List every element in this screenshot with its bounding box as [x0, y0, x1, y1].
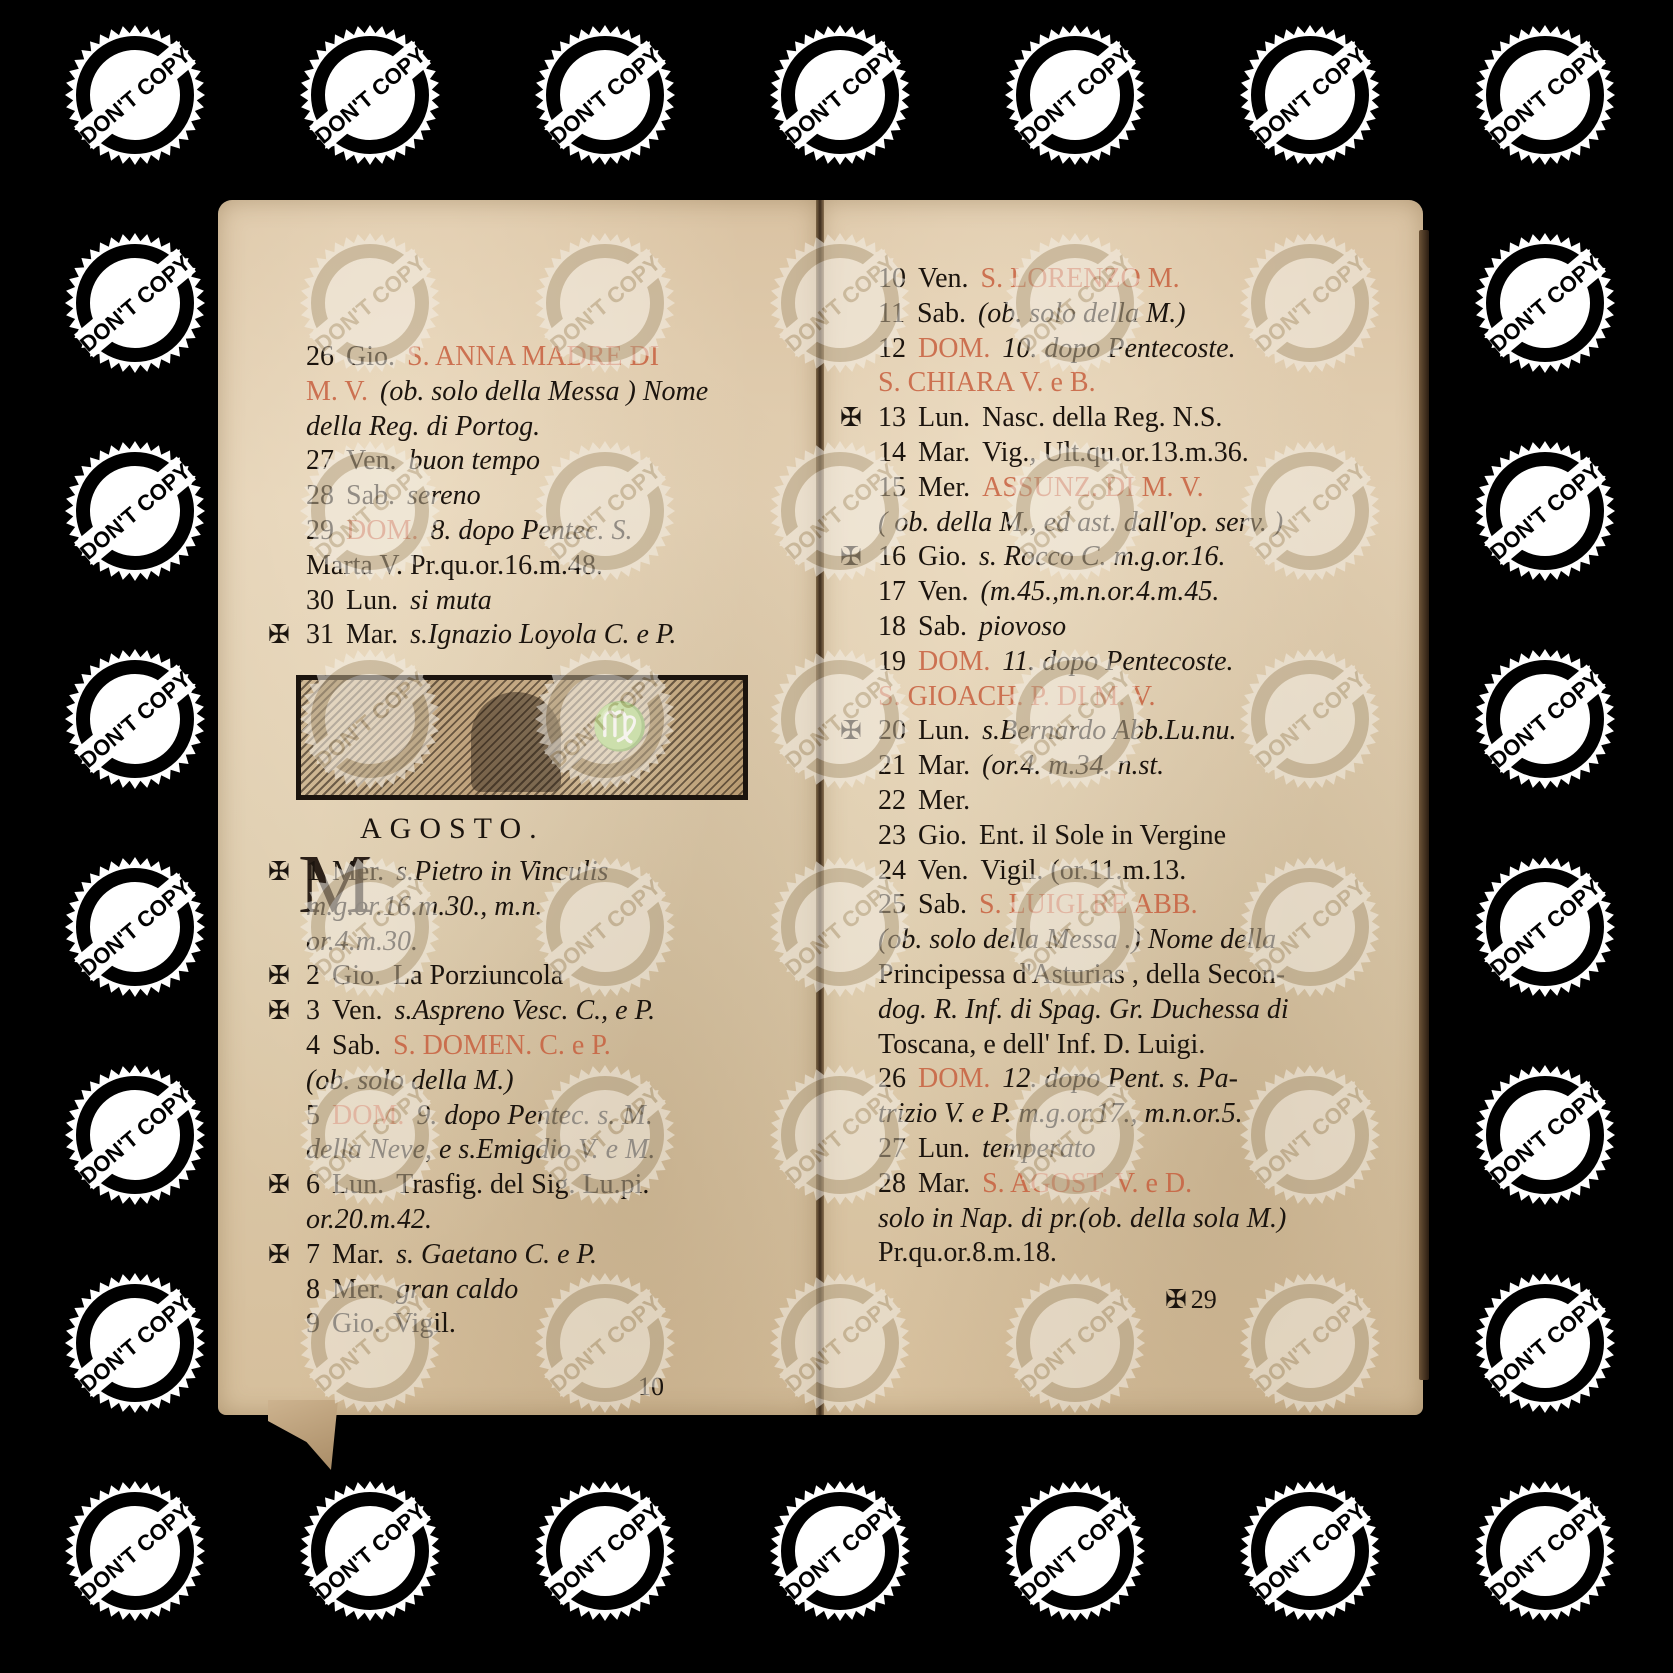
calendar-line: 5DOM.9. dopo Pentec. s. M.	[268, 1099, 667, 1134]
entry-text: Marta V. Pr.qu.or.16.m.48.	[306, 550, 603, 581]
entry-text: Vig., Ult.qu.or.13.m.36.	[982, 437, 1249, 468]
entry-day: Mar.	[918, 750, 970, 781]
entry-text: 10. dopo Pentecoste.	[1002, 333, 1235, 364]
dont-copy-stamp-icon: DON'T COPY	[295, 1476, 445, 1626]
dont-copy-stamp-icon: DON'T COPY	[1470, 852, 1620, 1002]
entry-red: S. ANNA MADRE DI	[407, 341, 659, 372]
calendar-line: 30Lun.si muta	[268, 584, 720, 619]
page-edge	[1419, 230, 1429, 1380]
calendar-line: ( ob. della M., ed ast. dall'op. serv. )	[840, 506, 1301, 541]
calendar-line: 27Lun.temperato	[840, 1132, 1301, 1167]
entry-num: 3	[306, 995, 320, 1026]
entry-num: 16	[878, 541, 906, 572]
right-page: 10Ven.S. LORENZO M.11Sab.(ob. solo della…	[820, 200, 1423, 1415]
maltese-cross-icon: ✠	[1165, 1285, 1187, 1315]
entry-red: S. AGOST. V. e D.	[982, 1168, 1192, 1199]
dont-copy-stamp-icon: DON'T COPY	[60, 644, 210, 794]
entry-text: si muta	[410, 585, 492, 616]
maltese-cross-icon: ✠	[268, 855, 302, 890]
entry-red: S. DOMEN. C. e P.	[393, 1030, 611, 1061]
dont-copy-stamp-icon: DON'T COPY	[1470, 1268, 1620, 1418]
entry-day: Ven.	[918, 576, 969, 607]
calendar-line: 28Mar.S. AGOST. V. e D.	[840, 1167, 1301, 1202]
calendar-line: S. GIOACH. P. DI M. V.	[840, 680, 1301, 715]
calendar-line: dog. R. Inf. di Spag. Gr. Duchessa di	[840, 993, 1301, 1028]
entry-num: 22	[878, 785, 906, 816]
entry-text: Vigil. (or.11.m.13.	[981, 855, 1187, 886]
entry-red: S. LUIGI RE ABB.	[979, 889, 1198, 920]
calendar-line: trizio V. e P. m.g.or.17., m.n.or.5.	[840, 1097, 1301, 1132]
entry-red: DOM.	[332, 1100, 404, 1131]
calendar-line: 19DOM.11. dopo Pentecoste.	[840, 645, 1301, 680]
entry-text: s.Pietro in Vinculis	[396, 856, 608, 887]
calendar-line: 17Ven.(m.45.,m.n.or.4.m.45.	[840, 575, 1301, 610]
entry-text: (or.4. m.34. n.st.	[982, 750, 1164, 781]
calendar-line: 25Sab.S. LUIGI RE ABB.	[840, 888, 1301, 923]
entry-num: 28	[306, 480, 334, 511]
calendar-line: ✠16Gio.s. Rocco C. m.g.or.16.	[840, 540, 1301, 575]
entry-text: 11. dopo Pentecoste.	[1002, 646, 1233, 677]
entry-text: Vigil.	[393, 1308, 456, 1339]
entry-text: (ob. solo della Messa ) Nome	[380, 376, 708, 407]
entry-text: Pr.qu.or.8.m.18.	[878, 1237, 1057, 1268]
left-page-entries-august: ✠1Mer.s.Pietro in Vinculism.g.or.16.m.30…	[268, 855, 667, 1342]
dont-copy-stamp-icon: DON'T COPY	[1470, 228, 1620, 378]
dont-copy-stamp-icon: DON'T COPY	[765, 20, 915, 170]
entry-num: 26	[878, 1063, 906, 1094]
calendar-line: 14Mar.Vig., Ult.qu.or.13.m.36.	[840, 436, 1301, 471]
entry-red: M. V.	[306, 376, 368, 407]
calendar-line: (ob. solo della Messa .) Nome della	[840, 923, 1301, 958]
entry-num: 27	[878, 1133, 906, 1164]
entry-text: Trasfig. del Sig. Lu.pi.	[396, 1169, 649, 1200]
calendar-line: ✠20Lun.s.Bernardo Abb.Lu.nu.	[840, 714, 1301, 749]
calendar-line: 4Sab.S. DOMEN. C. e P.	[268, 1029, 667, 1064]
entry-text: temperato	[982, 1133, 1096, 1164]
entry-text: (ob. solo della M.)	[306, 1065, 514, 1096]
entry-text: Principessa d'Asturias , della Secon-	[878, 959, 1285, 990]
entry-day: Mar.	[918, 1168, 970, 1199]
dont-copy-stamp-icon: DON'T COPY	[60, 20, 210, 170]
entry-day: Sab.	[918, 889, 967, 920]
entry-num: 29	[306, 515, 334, 546]
calendar-line: (ob. solo della M.)	[268, 1064, 667, 1099]
entry-text: Toscana, e dell' Inf. D. Luigi.	[878, 1029, 1205, 1060]
maltese-cross-icon: ✠	[268, 618, 302, 653]
entry-red: DOM.	[918, 646, 990, 677]
entry-num: 31	[306, 619, 334, 650]
entry-text: della Reg. di Portog.	[306, 411, 540, 442]
entry-num: 7	[306, 1239, 320, 1270]
maltese-cross-icon: ✠	[268, 994, 302, 1029]
entry-text: or.20.m.42.	[306, 1204, 432, 1235]
dont-copy-stamp-icon: DON'T COPY	[60, 436, 210, 586]
calendar-line: 21Mar.(or.4. m.34. n.st.	[840, 749, 1301, 784]
calendar-line: 26DOM.12. dopo Pent. s. Pa-	[840, 1062, 1301, 1097]
entry-day: Sab.	[917, 298, 966, 329]
entry-day: Mar.	[332, 1239, 384, 1270]
entry-text: s.Bernardo Abb.Lu.nu.	[982, 715, 1236, 746]
calendar-line: della Neve, e s.Emigdio V. e M.	[268, 1133, 667, 1168]
calendar-line: M. V.(ob. solo della Messa ) Nome	[268, 375, 720, 410]
dont-copy-stamp-icon: DON'T COPY	[60, 228, 210, 378]
entry-num: 10	[878, 263, 906, 294]
right-page-entries: 10Ven.S. LORENZO M.11Sab.(ob. solo della…	[840, 262, 1301, 1271]
entry-num: 24	[878, 855, 906, 886]
calendar-line: Pr.qu.or.8.m.18.	[840, 1236, 1301, 1271]
maltese-cross-icon: ✠	[840, 540, 874, 575]
dont-copy-stamp-icon: DON'T COPY	[1470, 1060, 1620, 1210]
entry-text: Nasc. della Reg. N.S.	[982, 402, 1222, 433]
calendar-line: or.20.m.42.	[268, 1203, 667, 1238]
entry-day: Lun.	[918, 715, 970, 746]
dont-copy-stamp-icon: DON'T COPY	[60, 1060, 210, 1210]
entry-num: 2	[306, 960, 320, 991]
entry-day: Sab.	[332, 1030, 381, 1061]
dont-copy-stamp-icon: DON'T COPY	[1470, 436, 1620, 586]
entry-text: Ent. il Sole in Vergine	[979, 820, 1226, 851]
entry-day: Mer.	[332, 856, 384, 887]
entry-red: DOM.	[918, 1063, 990, 1094]
entry-num: 8	[306, 1274, 320, 1305]
calendar-line: ✠7Mar.s. Gaetano C. e P.	[268, 1238, 667, 1273]
entry-num: 6	[306, 1169, 320, 1200]
calendar-line: Principessa d'Asturias , della Secon-	[840, 958, 1301, 993]
calendar-line: 29DOM.8. dopo Pentec. S.	[268, 514, 720, 549]
calendar-line: ✠1Mer.s.Pietro in Vinculis	[268, 855, 667, 890]
entry-red: S. CHIARA V. e B.	[878, 367, 1096, 398]
dont-copy-stamp-icon: DON'T COPY	[1470, 1476, 1620, 1626]
entry-day: Mar.	[346, 619, 398, 650]
entry-num: 28	[878, 1168, 906, 1199]
entry-day: Mar.	[918, 437, 970, 468]
calendar-line: ✠6Lun.Trasfig. del Sig. Lu.pi.	[268, 1168, 667, 1203]
calendar-line: 28Sab.sereno	[268, 479, 720, 514]
dont-copy-stamp-icon: DON'T COPY	[765, 1476, 915, 1626]
entry-red: DOM.	[346, 515, 418, 546]
entry-num: 11	[878, 298, 905, 329]
entry-day: Gio.	[346, 341, 395, 372]
calendar-line: 12DOM.10. dopo Pentecoste.	[840, 332, 1301, 367]
entry-text: piovoso	[979, 611, 1066, 642]
entry-text: 9. dopo Pentec. s. M.	[416, 1100, 652, 1131]
entry-day: Lun.	[332, 1169, 384, 1200]
calendar-line: 26Gio.S. ANNA MADRE DI	[268, 340, 720, 375]
entry-num: 9	[306, 1308, 320, 1339]
calendar-line: 23Gio.Ent. il Sole in Vergine	[840, 819, 1301, 854]
entry-text: 12. dopo Pent. s. Pa-	[1002, 1063, 1238, 1094]
entry-text: ( ob. della M., ed ast. dall'op. serv. )	[878, 507, 1283, 538]
entry-day: Mer.	[332, 1274, 384, 1305]
calendar-line: Marta V. Pr.qu.or.16.m.48.	[268, 549, 720, 584]
entry-day: Gio.	[918, 820, 967, 851]
entry-text: della Neve, e s.Emigdio V. e M.	[306, 1134, 655, 1165]
entry-num: 26	[306, 341, 334, 372]
entry-text: buon tempo	[409, 445, 540, 476]
entry-num: 14	[878, 437, 906, 468]
calendar-line: 27Ven.buon tempo	[268, 444, 720, 479]
entry-text: sereno	[407, 480, 481, 511]
entry-day: Mer.	[918, 785, 970, 816]
entry-day: Ven.	[332, 995, 383, 1026]
maltese-cross-icon: ✠	[268, 1238, 302, 1273]
left-page: 26Gio.S. ANNA MADRE DIM. V.(ob. solo del…	[218, 200, 818, 1415]
entry-day: Ven.	[346, 445, 397, 476]
dont-copy-stamp-icon: DON'T COPY	[530, 20, 680, 170]
entry-num: 18	[878, 611, 906, 642]
entry-day: Gio.	[332, 1308, 381, 1339]
calendar-line: 8Mer.gran caldo	[268, 1273, 667, 1308]
maltese-cross-icon: ✠	[268, 959, 302, 994]
entry-text: (m.45.,m.n.or.4.m.45.	[981, 576, 1220, 607]
entry-num: 20	[878, 715, 906, 746]
entry-num: 4	[306, 1030, 320, 1061]
virgo-figure	[471, 692, 561, 792]
calendar-line: solo in Nap. di pr.(ob. della sola M.)	[840, 1202, 1301, 1237]
entry-text: trizio V. e P. m.g.or.17., m.n.or.5.	[878, 1098, 1243, 1129]
entry-text: m.g.or.16.m.30., m.n.	[306, 891, 542, 922]
entry-day: Sab.	[918, 611, 967, 642]
entry-day: Mer.	[918, 472, 970, 503]
entry-num: 23	[878, 820, 906, 851]
left-page-entries-july: 26Gio.S. ANNA MADRE DIM. V.(ob. solo del…	[268, 340, 720, 653]
calendar-line: 11Sab.(ob. solo della M.)	[840, 297, 1301, 332]
entry-day: Ven.	[918, 855, 969, 886]
entry-day: Gio.	[918, 541, 967, 572]
entry-num: 30	[306, 585, 334, 616]
calendar-line: 18Sab.piovoso	[840, 610, 1301, 645]
calendar-line: ✠2Gio.La Porziuncola	[268, 959, 667, 994]
entry-day: Lun.	[918, 1133, 970, 1164]
entry-text: (ob. solo della M.)	[978, 298, 1186, 329]
dont-copy-stamp-icon: DON'T COPY	[530, 1476, 680, 1626]
entry-text: (ob. solo della Messa .) Nome della	[878, 924, 1276, 955]
dont-copy-stamp-icon: DON'T COPY	[295, 20, 445, 170]
dont-copy-stamp-icon: DON'T COPY	[1235, 1476, 1385, 1626]
dont-copy-stamp-icon: DON'T COPY	[1470, 644, 1620, 794]
calendar-line: 24Ven.Vigil. (or.11.m.13.	[840, 854, 1301, 889]
entry-day: Ven.	[918, 263, 969, 294]
dont-copy-stamp-icon: DON'T COPY	[60, 1476, 210, 1626]
entry-num: 5	[306, 1100, 320, 1131]
dont-copy-stamp-icon: DON'T COPY	[60, 852, 210, 1002]
calendar-line: S. CHIARA V. e B.	[840, 366, 1301, 401]
entry-text: or.4.m.30.	[306, 926, 418, 957]
entry-red: ASSUNZ. DI M. V.	[982, 472, 1203, 503]
entry-num: 21	[878, 750, 906, 781]
entry-num: 25	[878, 889, 906, 920]
page-number-left: 10	[638, 1372, 664, 1402]
entry-red: S. GIOACH. P. DI M. V.	[878, 681, 1155, 712]
entry-text: s. Gaetano C. e P.	[396, 1239, 597, 1270]
calendar-line: 22Mer.	[840, 784, 1301, 819]
calendar-line: or.4.m.30.	[268, 925, 667, 960]
calendar-line: ✠3Ven.s.Aspreno Vesc. C., e P.	[268, 994, 667, 1029]
entry-red: S. LORENZO M.	[981, 263, 1180, 294]
entry-text: s.Aspreno Vesc. C., e P.	[395, 995, 656, 1026]
entry-text: s. Rocco C. m.g.or.16.	[979, 541, 1226, 572]
calendar-line: Toscana, e dell' Inf. D. Luigi.	[840, 1028, 1301, 1063]
entry-num: 27	[306, 445, 334, 476]
month-heading: AGOSTO.	[360, 812, 545, 846]
entry-num: 17	[878, 576, 906, 607]
calendar-line: della Reg. di Portog.	[268, 410, 720, 445]
entry-day: Lun.	[918, 402, 970, 433]
page-number-right: ✠29	[1165, 1285, 1217, 1315]
woodcut-illustration: ♍	[296, 675, 748, 800]
entry-text: gran caldo	[396, 1274, 518, 1305]
entry-day: Gio.	[332, 960, 381, 991]
dont-copy-stamp-icon: DON'T COPY	[60, 1268, 210, 1418]
entry-text: dog. R. Inf. di Spag. Gr. Duchessa di	[878, 994, 1289, 1025]
calendar-line: 9Gio.Vigil.	[268, 1307, 667, 1342]
entry-day: Lun.	[346, 585, 398, 616]
entry-num: 19	[878, 646, 906, 677]
entry-text: 8. dopo Pentec. S.	[430, 515, 632, 546]
entry-text: s.Ignazio Loyola C. e P.	[410, 619, 676, 650]
entry-red: DOM.	[918, 333, 990, 364]
calendar-line: 10Ven.S. LORENZO M.	[840, 262, 1301, 297]
entry-num: 12	[878, 333, 906, 364]
book-spine	[816, 200, 824, 1415]
dont-copy-stamp-icon: DON'T COPY	[1235, 20, 1385, 170]
entry-num: 1	[306, 856, 320, 887]
calendar-line: ✠13Lun.Nasc. della Reg. N.S.	[840, 401, 1301, 436]
entry-num: 15	[878, 472, 906, 503]
entry-text: solo in Nap. di pr.(ob. della sola M.)	[878, 1203, 1286, 1234]
calendar-line: 15Mer.ASSUNZ. DI M. V.	[840, 471, 1301, 506]
zodiac-sign-virgo-icon: ♍	[591, 700, 648, 754]
calendar-line: m.g.or.16.m.30., m.n.	[268, 890, 667, 925]
maltese-cross-icon: ✠	[268, 1168, 302, 1203]
maltese-cross-icon: ✠	[840, 401, 874, 436]
maltese-cross-icon: ✠	[840, 714, 874, 749]
dont-copy-stamp-icon: DON'T COPY	[1000, 20, 1150, 170]
dont-copy-stamp-icon: DON'T COPY	[1470, 20, 1620, 170]
entry-num: 13	[878, 402, 906, 433]
entry-day: Sab.	[346, 480, 395, 511]
open-almanac-book: 26Gio.S. ANNA MADRE DIM. V.(ob. solo del…	[218, 200, 1423, 1450]
dont-copy-stamp-icon: DON'T COPY	[1000, 1476, 1150, 1626]
calendar-line: ✠31Mar.s.Ignazio Loyola C. e P.	[268, 618, 720, 653]
entry-text: La Porziuncola	[393, 960, 563, 991]
